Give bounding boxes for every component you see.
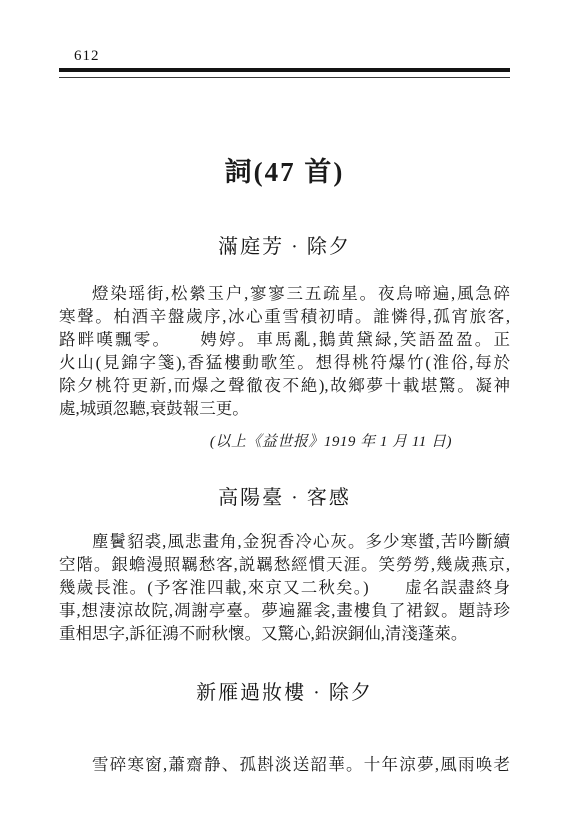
header-rule-thin <box>59 77 510 78</box>
poem-line: 空階。銀蟾漫照羈愁客,説羈愁經慣天涯。笑勞勞,幾歲燕京, <box>59 553 510 576</box>
page-number: 612 <box>74 48 100 65</box>
poem-line: 路畔嘆飄零。 娉婷。車馬亂,鵝黄黛緑,笑語盈盈。正 <box>59 328 510 351</box>
poem-line: 事,想淒涼故院,凋謝亭臺。夢遍羅衾,畫樓負了裙釵。題詩珍 <box>59 599 510 622</box>
poem-line: 塵鬢貂裘,風悲畫角,金猊香冷心灰。多少寒螿,苦吟斷續 <box>59 530 510 553</box>
poem-line: 寒聲。柏酒辛盤歲序,冰心重雪積初晴。誰憐得,孤宵旅客, <box>59 305 510 328</box>
poem-line: 處,城頭忽聽,衰鼓報三更。 <box>59 397 510 420</box>
section-heading-gaoyangtai: 高陽臺 · 客感 <box>59 481 510 510</box>
poem-line: 除夕桃符更新,而爆之聲徹夜不絶),故鄉夢十載堪驚。凝神 <box>59 374 510 397</box>
collection-title: 詞(47 首) <box>59 150 510 189</box>
poem-line: 重相思字,訴征鴻不耐秋懷。又驚心,鉛淚銅仙,清淺蓬萊。 <box>59 622 510 645</box>
section-heading-mantingfang: 滿庭芳 · 除夕 <box>59 230 510 259</box>
section-heading-xinyanguozhuanglou: 新雁過妝樓 · 除夕 <box>59 676 510 705</box>
poem-mantingfang: 燈染瑶街,松縈玉户,寥寥三五疏星。夜烏啼遍,風急碎 寒聲。柏酒辛盤歲序,冰心重雪… <box>59 282 510 420</box>
source-citation: (以上《益世报》1919 年 1 月 11 日) <box>59 430 510 451</box>
poem-line: 幾歲長淮。(予客淮四載,來京又二秋矣。) 虚名誤盡終身 <box>59 576 510 599</box>
poem-line: 燈染瑶街,松縈玉户,寥寥三五疏星。夜烏啼遍,風急碎 <box>59 282 510 305</box>
poem-gaoyangtai: 塵鬢貂裘,風悲畫角,金猊香冷心灰。多少寒螿,苦吟斷續 空階。銀蟾漫照羈愁客,説羈… <box>59 530 510 645</box>
header-rule-thick <box>59 68 510 72</box>
poem-xinyanguozhuanglou: 雪碎寒窗,蕭齋静、孤斟淡送韶華。十年涼夢,風雨唤老 <box>59 753 510 776</box>
poem-line: 火山(見錦字箋),香猛樓動歌笙。想得桃符爆竹(淮俗,每於 <box>59 351 510 374</box>
poem-line: 雪碎寒窗,蕭齋静、孤斟淡送韶華。十年涼夢,風雨唤老 <box>59 753 510 776</box>
book-page: 612 詞(47 首) 滿庭芳 · 除夕 燈染瑶街,松縈玉户,寥寥三五疏星。夜烏… <box>0 0 567 822</box>
